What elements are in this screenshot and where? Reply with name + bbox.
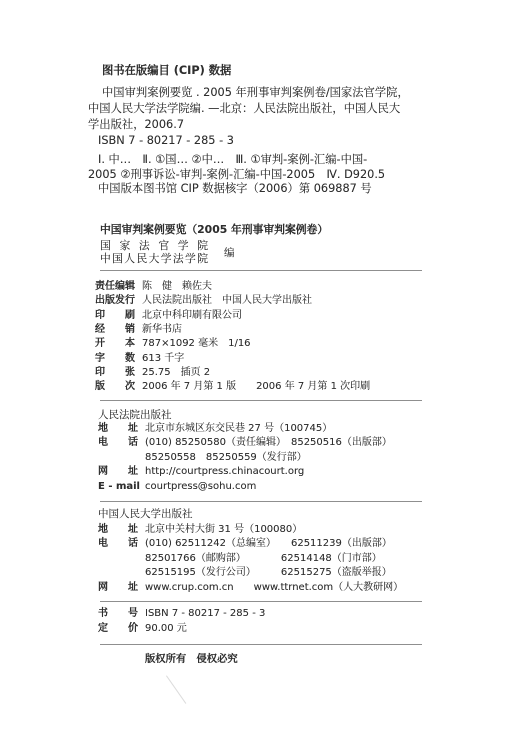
cip-line: 中国审判案例要览 . 2005 年刑事审判案例卷/国家法官学院， bbox=[88, 85, 433, 101]
row-value: (010) 85250580（责任编辑） 85250516（出版部） bbox=[145, 436, 392, 450]
cip-classification-line: Ⅰ. 中… Ⅱ. ①国… ②中… Ⅲ. ①审判-案例-汇编-中国- bbox=[88, 153, 433, 168]
info-row: 定 价90.00 元 bbox=[98, 622, 265, 637]
row-value: 2006 年 7 月第 1 版 2006 年 7 月第 1 次印刷 bbox=[142, 380, 370, 394]
row-value: 人民法院出版社 中国人民大学出版社 bbox=[142, 294, 312, 308]
editor-org: 国家法官学院 bbox=[100, 240, 208, 253]
row-value: 北京市东城区东交民巷 27 号（100745） bbox=[145, 422, 332, 436]
row-value: http://courtpress.chinacourt.org bbox=[145, 465, 304, 479]
row-value: 62515195（发行公司） 62515275（盗版举报） bbox=[145, 566, 392, 580]
info-row: 地 址北京市东城区东交民巷 27 号（100745） bbox=[98, 422, 392, 436]
info-row: 责任编辑陈 健 赖佐夫 bbox=[95, 280, 370, 294]
row-value: 85250558 85250559（发行部） bbox=[145, 451, 307, 465]
row-value: courtpress@sohu.com bbox=[145, 480, 256, 494]
divider bbox=[100, 644, 422, 645]
row-label: 网 址 bbox=[98, 465, 138, 479]
cip-isbn-line: ISBN 7 - 80217 - 285 - 3 bbox=[88, 133, 433, 149]
row-label: 经 销 bbox=[95, 323, 135, 337]
info-row: E - mailcourtpress@sohu.com bbox=[98, 480, 392, 494]
row-value: 北京中关村大街 31 号（100080） bbox=[145, 523, 302, 537]
cip-section: 图书在版编目 (CIP) 数据 中国审判案例要览 . 2005 年刑事审判案例卷… bbox=[88, 63, 433, 197]
info-row: 地 址北京中关村大街 31 号（100080） bbox=[98, 523, 403, 537]
row-value: 90.00 元 bbox=[145, 622, 187, 637]
isbn-price-section: 书 号ISBN 7 - 80217 - 285 - 3 定 价90.00 元 bbox=[98, 607, 265, 636]
row-label: 地 址 bbox=[98, 523, 138, 537]
row-value: 新华书店 bbox=[142, 323, 182, 337]
row-label: 地 址 bbox=[98, 422, 138, 436]
info-row: 印 张25.75 插页 2 bbox=[95, 366, 370, 380]
row-label: 责任编辑 bbox=[95, 280, 135, 294]
book-title: 中国审判案例要览（2005 年刑事审判案例卷） bbox=[100, 222, 440, 237]
editor-orgs: 国家法官学院 中国人民大学法学院 bbox=[100, 240, 208, 266]
editor-role-label: 编 bbox=[224, 245, 235, 260]
row-value: 北京中科印刷有限公司 bbox=[142, 309, 242, 323]
cip-record-number: 中国版本图书馆 CIP 数据核字（2006）第 069887 号 bbox=[88, 182, 433, 197]
cip-classification-line: 2005 ②刑事诉讼-审判-案例-汇编-中国-2005 Ⅳ. D920.5 bbox=[88, 168, 433, 183]
info-row: 经 销新华书店 bbox=[95, 323, 370, 337]
title-editors-section: 中国审判案例要览（2005 年刑事审判案例卷） 国家法官学院 中国人民大学法学院… bbox=[100, 222, 440, 266]
court-press-contact-section: 地 址北京市东城区东交民巷 27 号（100745） 电 话(010) 8525… bbox=[98, 422, 392, 494]
divider bbox=[100, 501, 422, 502]
row-value: 82501766（邮购部） 62514148（门市部） bbox=[145, 552, 382, 566]
divider bbox=[100, 601, 422, 602]
row-label bbox=[98, 552, 138, 566]
row-label bbox=[98, 566, 138, 580]
row-value: 613 千字 bbox=[142, 352, 184, 366]
info-row: 82501766（邮购部） 62514148（门市部） bbox=[98, 552, 403, 566]
row-label: 印 张 bbox=[95, 366, 135, 380]
editors-block: 国家法官学院 中国人民大学法学院 编 bbox=[100, 240, 440, 266]
row-value: 787×1092 毫米 1/16 bbox=[142, 337, 251, 351]
info-row: 电 话(010) 62511242（总编室） 62511239（出版部） bbox=[98, 537, 403, 551]
cip-line: 学出版社，2006.7 bbox=[88, 117, 433, 133]
divider bbox=[100, 270, 422, 271]
info-row: 书 号ISBN 7 - 80217 - 285 - 3 bbox=[98, 607, 265, 622]
divider bbox=[100, 400, 422, 401]
copyright-notice: 版权所有 侵权必究 bbox=[145, 652, 238, 667]
row-label: 电 话 bbox=[98, 436, 138, 450]
row-label: E - mail bbox=[98, 480, 138, 494]
row-label: 定 价 bbox=[98, 622, 138, 637]
scan-scratch-artifact bbox=[166, 675, 186, 703]
publishing-info-section: 责任编辑陈 健 赖佐夫 出版发行人民法院出版社 中国人民大学出版社 印 刷北京中… bbox=[95, 280, 370, 395]
row-value: 陈 健 赖佐夫 bbox=[142, 280, 212, 294]
row-value: ISBN 7 - 80217 - 285 - 3 bbox=[145, 607, 265, 622]
row-label: 网 址 bbox=[98, 581, 138, 595]
info-row: 印 刷北京中科印刷有限公司 bbox=[95, 309, 370, 323]
row-label: 书 号 bbox=[98, 607, 138, 622]
court-press-name: 人民法院出版社 bbox=[98, 408, 172, 422]
ruc-press-contact-section: 地 址北京中关村大街 31 号（100080） 电 话(010) 6251124… bbox=[98, 523, 403, 595]
info-row: 网 址http://courtpress.chinacourt.org bbox=[98, 465, 392, 479]
info-row: 网 址www.crup.com.cn www.ttrnet.com（人大教研网） bbox=[98, 581, 403, 595]
row-label: 版 次 bbox=[95, 380, 135, 394]
info-row: 开 本787×1092 毫米 1/16 bbox=[95, 337, 370, 351]
info-row: 字 数613 千字 bbox=[95, 352, 370, 366]
info-row: 电 话(010) 85250580（责任编辑） 85250516（出版部） bbox=[98, 436, 392, 450]
row-label: 字 数 bbox=[95, 352, 135, 366]
ruc-press-name: 中国人民大学出版社 bbox=[98, 507, 193, 521]
info-row: 85250558 85250559（发行部） bbox=[98, 451, 392, 465]
row-label: 开 本 bbox=[95, 337, 135, 351]
row-label: 电 话 bbox=[98, 537, 138, 551]
row-value: 25.75 插页 2 bbox=[142, 366, 210, 380]
row-label: 印 刷 bbox=[95, 309, 135, 323]
info-row: 出版发行人民法院出版社 中国人民大学出版社 bbox=[95, 294, 370, 308]
info-row: 版 次2006 年 7 月第 1 版 2006 年 7 月第 1 次印刷 bbox=[95, 380, 370, 394]
editor-org: 中国人民大学法学院 bbox=[100, 253, 208, 266]
row-value: www.crup.com.cn www.ttrnet.com（人大教研网） bbox=[145, 581, 403, 595]
info-row: 62515195（发行公司） 62515275（盗版举报） bbox=[98, 566, 403, 580]
cip-header: 图书在版编目 (CIP) 数据 bbox=[88, 63, 433, 79]
row-label bbox=[98, 451, 138, 465]
row-label: 出版发行 bbox=[95, 294, 135, 308]
book-colophon-page: 图书在版编目 (CIP) 数据 中国审判案例要览 . 2005 年刑事审判案例卷… bbox=[0, 0, 522, 738]
row-value: (010) 62511242（总编室） 62511239（出版部） bbox=[145, 537, 392, 551]
cip-line: 中国人民大学法学院编. —北京：人民法院出版社，中国人民大 bbox=[88, 101, 433, 117]
